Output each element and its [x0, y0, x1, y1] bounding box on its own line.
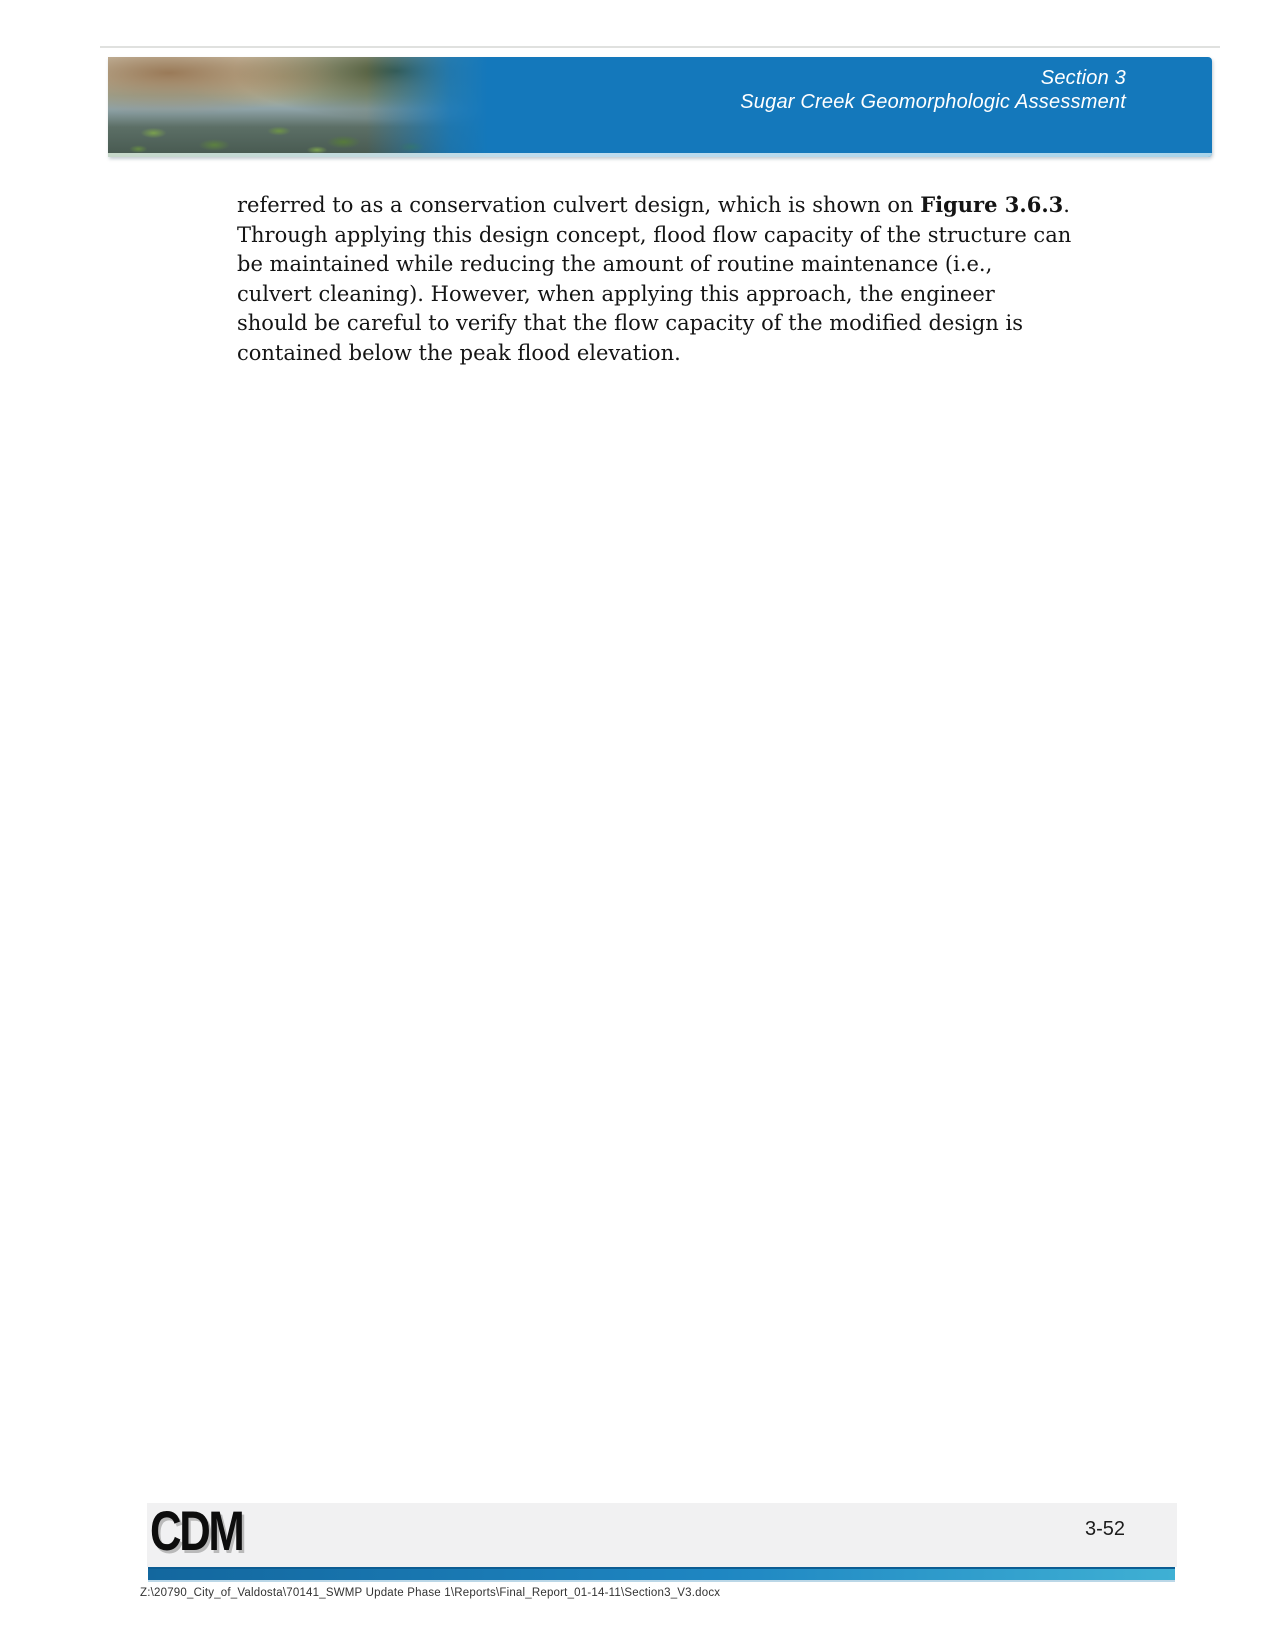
header-bottom-strip	[108, 153, 1212, 157]
footer-accent-bar	[148, 1567, 1175, 1580]
body-paragraph: referred to as a conservation culvert de…	[237, 190, 1072, 368]
footer-background-band	[147, 1503, 1177, 1567]
header-titles: Section 3 Sugar Creek Geomorphologic Ass…	[740, 66, 1126, 114]
header-subtitle: Sugar Creek Geomorphologic Assessment	[740, 90, 1126, 114]
document-page: Section 3 Sugar Creek Geomorphologic Ass…	[0, 0, 1275, 1651]
figure-reference: Figure 3.6.3	[920, 192, 1063, 217]
creek-photo	[108, 57, 488, 157]
page-number: 3-52	[1085, 1518, 1125, 1541]
document-file-path: Z:\20790_City_of_Valdosta\70141_SWMP Upd…	[140, 1587, 720, 1599]
paragraph-text-start: referred to as a conservation culvert de…	[237, 193, 920, 217]
cdm-logo: CDM	[150, 1502, 242, 1560]
header-section-label: Section 3	[740, 66, 1126, 90]
page-header-banner: Section 3 Sugar Creek Geomorphologic Ass…	[108, 57, 1212, 157]
paragraph-text-end: . Through applying this design concept, …	[237, 193, 1071, 365]
top-hairline-divider	[100, 46, 1220, 48]
